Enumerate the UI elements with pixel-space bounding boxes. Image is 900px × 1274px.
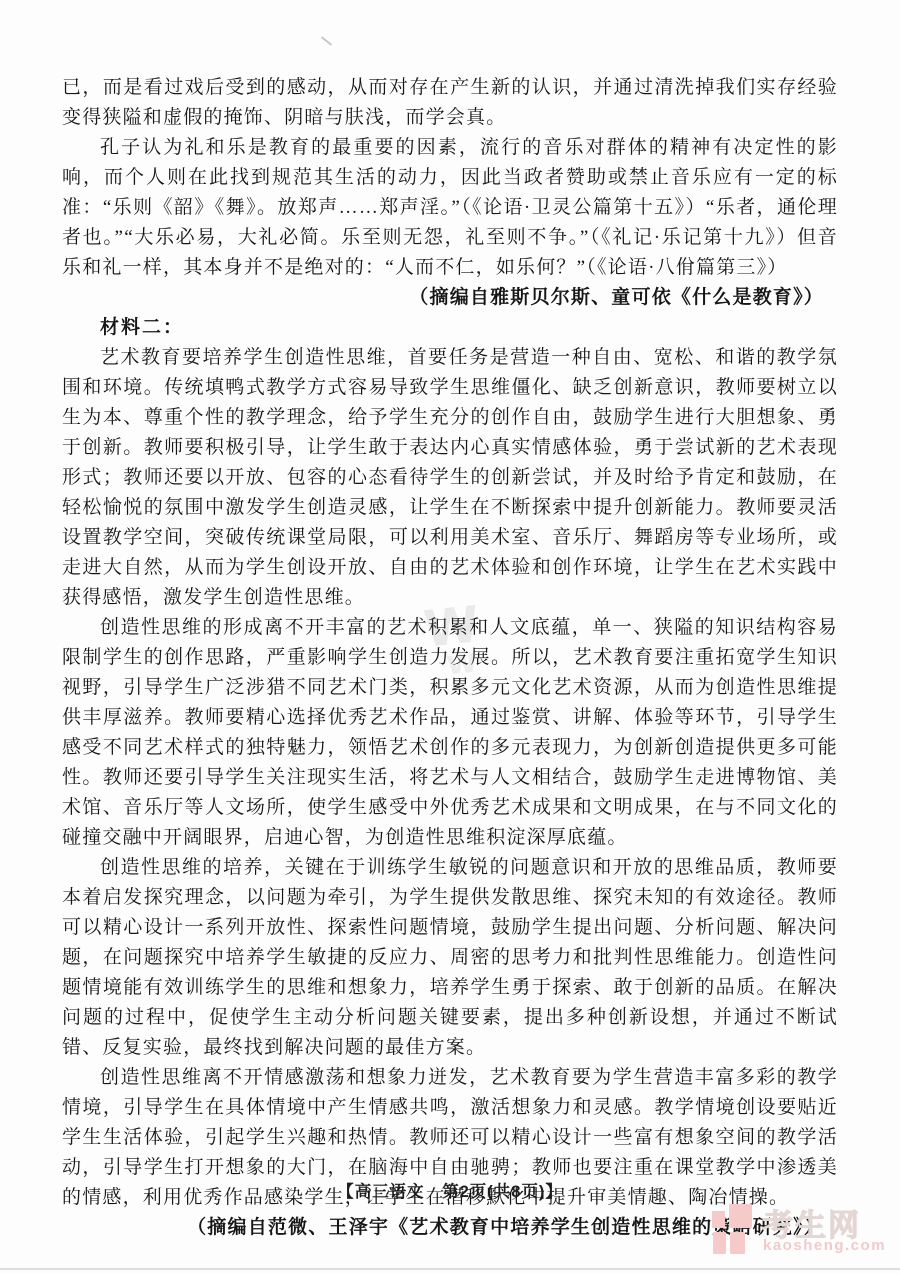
material-heading: 材料二： bbox=[62, 313, 838, 343]
page-footer: 【高三语文 第2页(共8页)】 bbox=[0, 1178, 900, 1202]
scan-bottom-edge-line bbox=[0, 1268, 900, 1270]
scanned-exam-page: 已，而是看过戏后受到的感动，从而对存在产生新的认识，并通过清洗掉我们实存经验变得… bbox=[0, 0, 900, 1274]
kaosheng-logo-icon bbox=[712, 1204, 754, 1256]
paragraph: 艺术教育要培养学生创造性思维，首要任务是营造一种自由、宽松、和谐的教学氛围和环境… bbox=[62, 343, 838, 613]
scan-scratch-mark bbox=[321, 36, 332, 46]
kaosheng-watermark: 考生网 kaosheng.com bbox=[712, 1204, 882, 1260]
watermark-site-url: kaosheng.com bbox=[763, 1237, 886, 1254]
document-body: 已，而是看过戏后受到的感动，从而对存在产生新的认识，并通过清洗掉我们实存经验变得… bbox=[62, 73, 838, 1243]
paragraph: 创造性思维的培养，关键在于训练学生敏锐的问题意识和开放的思维品质，教师要本着启发… bbox=[62, 853, 838, 1063]
attribution-line: （摘编自雅斯贝尔斯、童可依《什么是教育》） bbox=[62, 283, 838, 313]
paragraph: 孔子认为礼和乐是教育的最重要的因素，流行的音乐对群体的精神有决定性的影响，而个人… bbox=[62, 133, 838, 283]
paragraph: 创造性思维的形成离不开丰富的艺术积累和人文底蕴，单一、狭隘的知识结构容易限制学生… bbox=[62, 613, 838, 853]
paragraph: 已，而是看过戏后受到的感动，从而对存在产生新的认识，并通过清洗掉我们实存经验变得… bbox=[62, 73, 838, 133]
